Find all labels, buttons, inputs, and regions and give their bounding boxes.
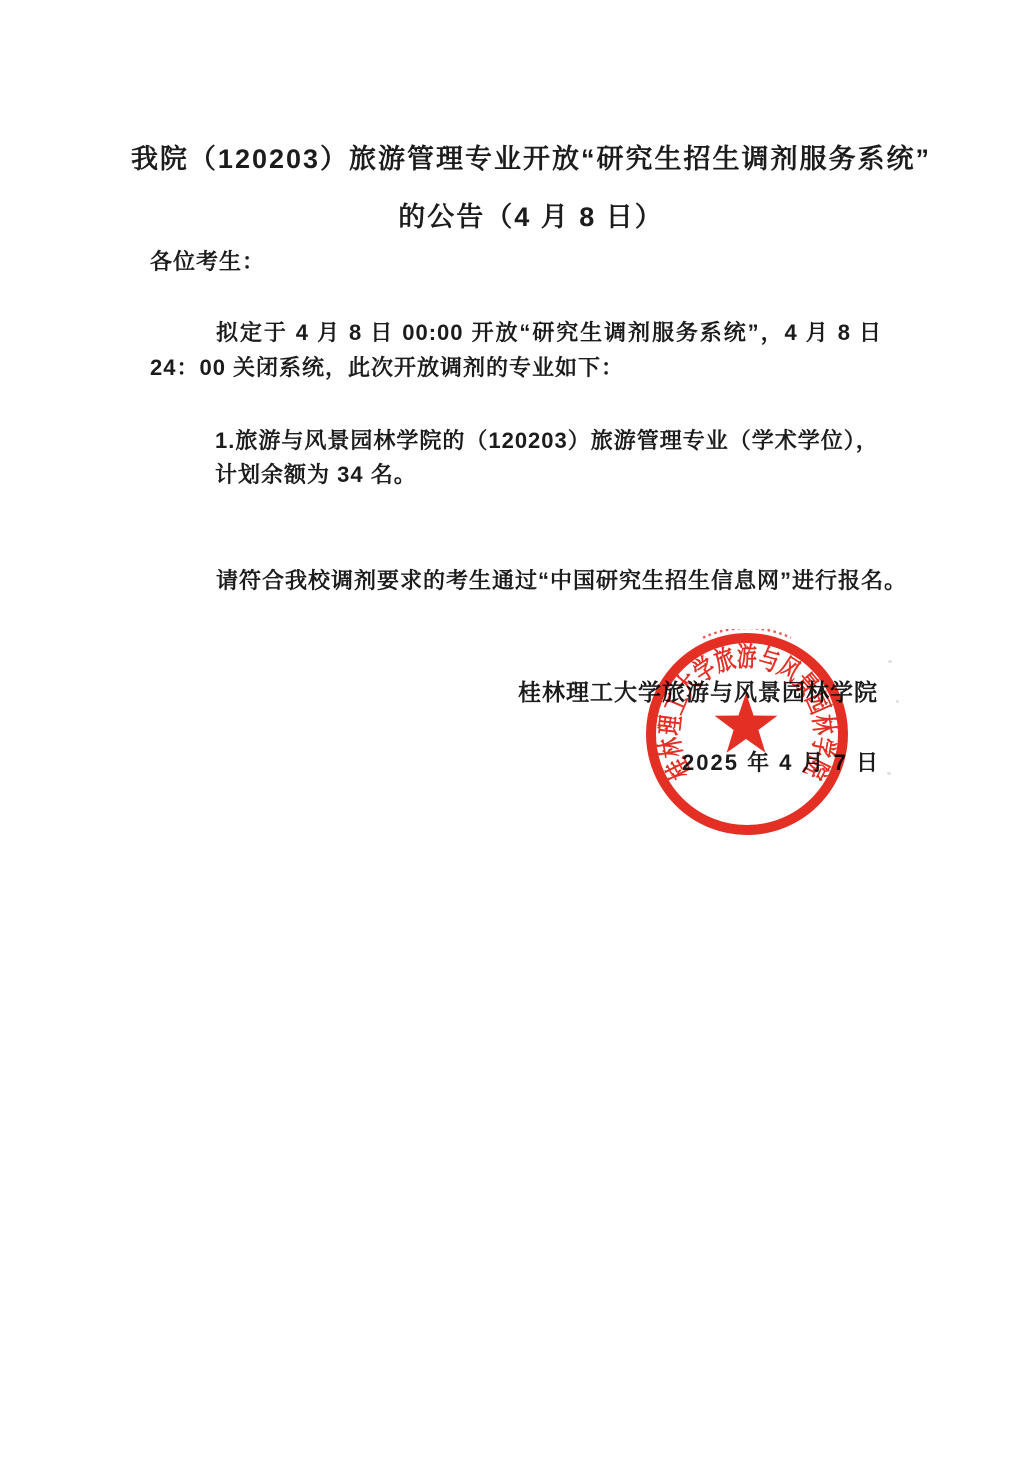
body-paragraph: 拟定于 4 月 8 日 00:00 开放“研究生调剂服务系统”，4 月 8 日 … xyxy=(150,315,882,385)
scan-speck xyxy=(888,660,892,663)
notice-paragraph: 请符合我校调剂要求的考生通过“中国研究生招生信息网”进行报名。 xyxy=(150,564,930,595)
scan-speck xyxy=(896,700,899,703)
page-title-line2: 的公告（4 月 8 日） xyxy=(100,195,962,234)
list-item-major-quota: 1.旅游与风景园林学院的（120203）旅游管理专业（学术学位），计划余额为 3… xyxy=(215,424,882,492)
official-seal: 桂林理工大学旅游与风景园林学院 xyxy=(645,629,849,839)
salutation: 各位考生： xyxy=(150,245,265,276)
star-icon xyxy=(715,693,778,753)
page-title-line1: 我院（120203）旅游管理专业开放“研究生招生调剂服务系统” xyxy=(100,137,962,176)
document-page: 我院（120203）旅游管理专业开放“研究生招生调剂服务系统” 的公告（4 月 … xyxy=(0,0,1024,1471)
scan-speck xyxy=(887,772,891,775)
